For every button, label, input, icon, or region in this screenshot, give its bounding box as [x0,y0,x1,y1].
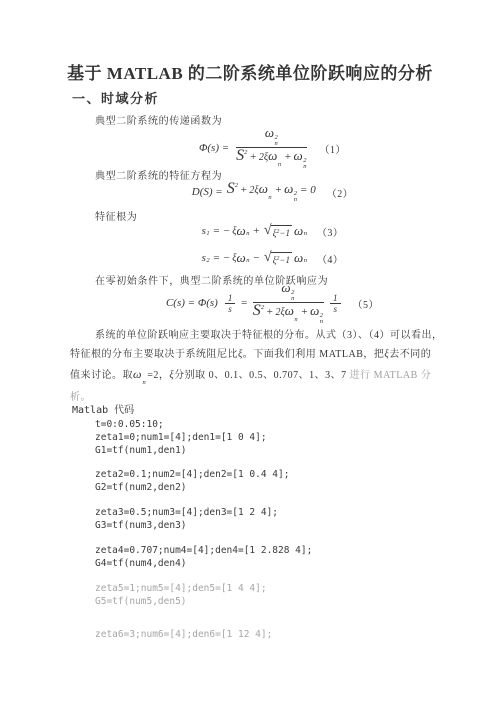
code-line: zeta4=0.707;num4=[4];den4=[1 2.828 4]; [95,545,312,556]
damping-coefficient: 2ξ [259,152,268,163]
equation-5-denominator: S2+2ξωn+ω2n [253,303,324,324]
equals-minus: = − [213,252,231,264]
equation-2-rhs: S2+2ξωn+ω2n= 0 [227,182,318,202]
equation-1-denominator: S2+2ξωn+ω2n [236,148,307,169]
page-title: 基于 MATLAB 的二阶系统单位阶跃响应的分析 [0,59,500,84]
denominator-s: s [330,304,341,314]
code-line: zeta3=0.5;num3=[4];den3=[1 2 4]; [95,507,278,518]
document-page: { "title": "基于 MATLAB 的二阶系统单位阶跃响应的分析", "… [0,0,500,708]
equation-2-lhs: D(S) = [192,186,223,198]
code-line: G2=tf(num2,den2) [95,482,187,493]
subscript-n: n [275,141,278,147]
damping-coefficient: 2ξ [275,307,284,318]
code-line: zeta1=0;num1=[4];den1=[1 0 4]; [95,432,267,443]
omega-symbol: ω [294,252,303,264]
radicand: ξ2−1 [271,252,292,265]
subscript-n: n [142,380,146,386]
equation-1-numerator: ω2n [236,127,307,148]
equation-3: s1 = −ξωn + √ξ2−1 ωn （3） [100,219,445,243]
superscript-2: 2 [244,149,247,156]
paragraph-transfer-function-intro: 典型二阶系统的传递函数为 [95,112,222,127]
damping-coefficient: 2ξ [249,185,258,196]
equation-4-number: （4） [317,251,344,266]
equation-2-number: （2） [327,185,354,200]
one-over-s-fraction: 1s [225,293,236,314]
subscript-1: 1 [206,231,209,237]
body-line-3-text: 值来讨论。取 [70,370,133,381]
minus-operator: − [252,252,259,264]
one-over-s-fraction: 1s [330,293,341,314]
equation-2: D(S) = S2+2ξωn+ω2n= 0 （2） [100,180,445,204]
code-line: zeta5=1;num5=[4];den5=[1 4 4]; [95,583,267,594]
omega-symbol: ω [294,225,303,237]
body-line-2-text: 特征根的分布主要取决于系统阻尼比 [70,349,238,360]
superscript-2: 2 [235,182,238,189]
equation-1-number: （1） [319,141,346,156]
plus-operator: + [275,184,282,196]
minus-one: −1 [279,228,290,238]
plus-operator: + [252,225,259,237]
plus-operator: + [266,306,273,318]
code-line: G5=tf(num5,den5) [95,596,187,607]
equation-4: s2 = −ξωn − √ξ2−1 ωn （4） [100,246,445,270]
square-root: √ξ2−1 [264,225,292,238]
omega-symbol: ω [133,367,142,381]
equals-sign: = [240,297,247,309]
plus-operator: + [301,306,308,318]
equation-5-lhs: C(s) = Φ(s) [166,297,218,309]
subscript-n: n [246,231,249,237]
body-line-2-text: 去不同的 [389,349,431,360]
omega-symbol: ω [237,252,246,264]
equals-minus: = − [213,225,231,237]
radicand: ξ2−1 [271,225,292,238]
equation-5: C(s) = Φ(s) 1s = ω2n S2+2ξωn+ω2n 1s （5） [100,284,445,322]
equation-1: Φ(s) = ω2n S2+2ξωn+ω2n （1） [100,129,445,167]
section-heading: 一、时域分析 [72,88,159,107]
code-line: G4=tf(num4,den4) [95,558,187,569]
code-line: G3=tf(num3,den3) [95,520,187,531]
numerator-1: 1 [330,293,341,304]
subscript-n: n [304,231,307,237]
code-line: t=0:0.05:10; [95,419,164,430]
s-symbol: S [236,147,244,164]
subscript-n: n [304,258,307,264]
equation-5-number: （5） [353,296,380,311]
subscript-n: n [320,319,323,325]
denominator-s: s [225,304,236,314]
subscript-n: n [294,317,297,323]
numerator-1: 1 [225,293,236,304]
omega-symbol: ω [284,181,293,196]
body-line-2: 特征根的分布主要取决于系统阻尼比ξ。下面我们利用 MATLAB，把ξ去不同的 [70,345,431,360]
square-root: √ξ2−1 [264,252,292,265]
superscript-2: 2 [261,304,264,311]
matlab-code-label: Matlab 代码 [72,401,134,416]
subscript-2: 2 [206,258,209,264]
omega-symbol: ω [285,303,294,318]
subscript-n: n [291,296,294,302]
equation-5-fraction: ω2n S2+2ξωn+ω2n [253,282,324,324]
equation-1-fraction: ω2n S2+2ξωn+ω2n [236,127,307,169]
root-symbol: s [202,225,206,237]
body-line-3: 值来讨论。取ωn=2，ξ分别取 0、0.1、0.5、0.707、1、3、7 进行… [70,366,431,386]
subscript-n: n [278,162,281,168]
code-line: G1=tf(num1,den1) [95,445,187,456]
plus-operator: + [240,184,247,196]
omega-symbol: ω [237,225,246,237]
equation-1-lhs: Φ(s) = [199,142,229,154]
body-line-3-text: 分别取 0、0.1、0.5、0.707、1、3、7 [174,370,347,381]
omega-symbol: ω [259,181,268,196]
s-symbol: S [253,302,261,319]
omega-symbol: ω [268,148,277,163]
subscript-n: n [303,164,306,170]
body-line-1: 系统的单位阶跃响应主要取决于特征根的分布。从式（3）、（4）可以看出， [95,326,443,341]
equation-3-number: （3） [317,224,344,239]
omega-symbol: ω [310,303,319,318]
minus-one: −1 [279,255,290,265]
plus-operator: + [284,151,291,163]
equals-zero: = 0 [300,184,316,196]
body-line-3-gray-text: 进行 MATLAB 分 [350,370,432,381]
omega-symbol: ω [281,280,290,295]
subscript-n: n [294,197,297,203]
subscript-n: n [246,258,249,264]
s-symbol: S [227,180,235,197]
omega-symbol: ω [294,148,303,163]
omega-symbol: ω [265,125,274,140]
body-line-3-text: =2， [147,370,169,381]
subscript-n: n [268,195,271,201]
code-line: zeta2=0.1;num2=[4];den2=[1 0.4 4]; [95,469,289,480]
root-symbol: s [202,252,206,264]
code-line: zeta6=3;num6=[4];den6=[1 12 4]; [95,629,272,640]
equation-5-numerator: ω2n [253,282,324,303]
plus-operator: + [249,151,256,163]
body-line-2-text: 。下面我们利用 MATLAB，把 [243,349,385,360]
